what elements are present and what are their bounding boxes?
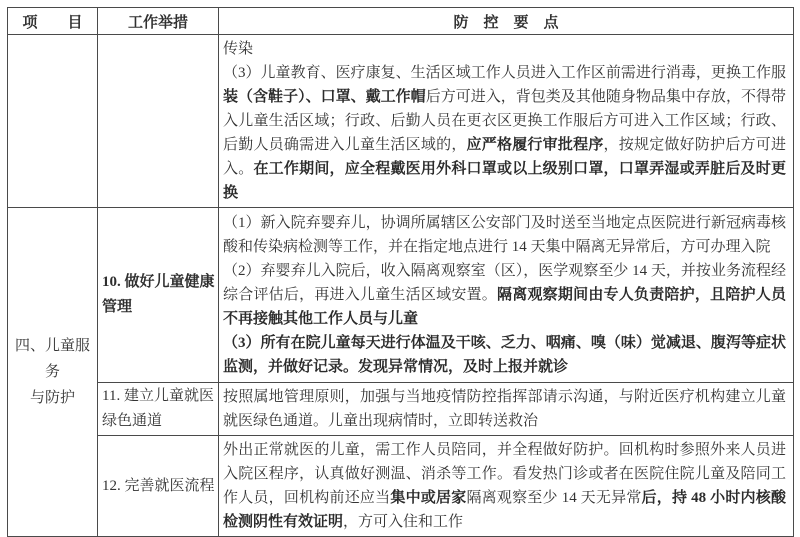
point-paragraph: 按照属地管理原则，加强与当地疫情防控指挥部请示沟通，与附近医疗机构建立儿童就医绿… bbox=[223, 385, 786, 433]
row-green-channel: 11. 建立儿童就医绿色通道 按照属地管理原则，加强与当地疫情防控指挥部请示沟通… bbox=[8, 383, 794, 436]
measure-11-cell: 11. 建立儿童就医绿色通道 bbox=[98, 383, 219, 436]
measure-12-cell: 12. 完善就医流程 bbox=[98, 436, 219, 537]
row-medical-process: 12. 完善就医流程 外出正常就医的儿童，需工作人员陪同，并全程做好防护。回机构… bbox=[8, 436, 794, 537]
empty-project-cell bbox=[8, 35, 98, 208]
point-paragraph: 外出正常就医的儿童，需工作人员陪同，并全程做好防护。回机构时参照外来人员进入院区… bbox=[223, 438, 786, 534]
measure-10-cell: 10. 做好儿童健康管理 bbox=[98, 208, 219, 383]
points-cell-health-management: （1）新入院弃婴弃儿，协调所属辖区公安部门及时送至当地定点医院进行新冠病毒核酸和… bbox=[219, 208, 794, 383]
header-row: 项 目 工作举措 防 控 要 点 bbox=[8, 8, 794, 35]
row-health-management: 四、儿童服务 与防护 10. 做好儿童健康管理 （1）新入院弃婴弃儿，协调所属辖… bbox=[8, 208, 794, 383]
point-paragraph: （2）弃婴弃儿入院后，收入隔离观察室（区），医学观察至少 14 天，并按业务流程… bbox=[223, 259, 786, 331]
prevention-table: 项 目 工作举措 防 控 要 点 传染 （3）儿童教育、医疗康复、生活区域工作人… bbox=[7, 7, 794, 537]
col-header-points: 防 控 要 点 bbox=[219, 8, 794, 35]
point-paragraph: 传染 bbox=[223, 37, 786, 61]
col-header-measures: 工作举措 bbox=[98, 8, 219, 35]
col-header-project: 项 目 bbox=[8, 8, 98, 35]
category-cell: 四、儿童服务 与防护 bbox=[8, 208, 98, 537]
document-page: 项 目 工作举措 防 控 要 点 传染 （3）儿童教育、医疗康复、生活区域工作人… bbox=[7, 7, 794, 537]
points-cell-green-channel: 按照属地管理原则，加强与当地疫情防控指挥部请示沟通，与附近医疗机构建立儿童就医绿… bbox=[219, 383, 794, 436]
empty-measure-cell bbox=[98, 35, 219, 208]
point-paragraph: （1）新入院弃婴弃儿，协调所属辖区公安部门及时送至当地定点医院进行新冠病毒核酸和… bbox=[223, 211, 786, 259]
points-cell-continuation: 传染 （3）儿童教育、医疗康复、生活区域工作人员进入工作区前需进行消毒，更换工作… bbox=[219, 35, 794, 208]
points-cell-medical-process: 外出正常就医的儿童，需工作人员陪同，并全程做好防护。回机构时参照外来人员进入院区… bbox=[219, 436, 794, 537]
row-continuation: 传染 （3）儿童教育、医疗康复、生活区域工作人员进入工作区前需进行消毒，更换工作… bbox=[8, 35, 794, 208]
point-paragraph: （3）所有在院儿童每天进行体温及干咳、乏力、咽痛、嗅（味）觉减退、腹泻等症状监测… bbox=[223, 331, 786, 379]
point-paragraph: （3）儿童教育、医疗康复、生活区域工作人员进入工作区前需进行消毒，更换工作服装（… bbox=[223, 61, 786, 205]
